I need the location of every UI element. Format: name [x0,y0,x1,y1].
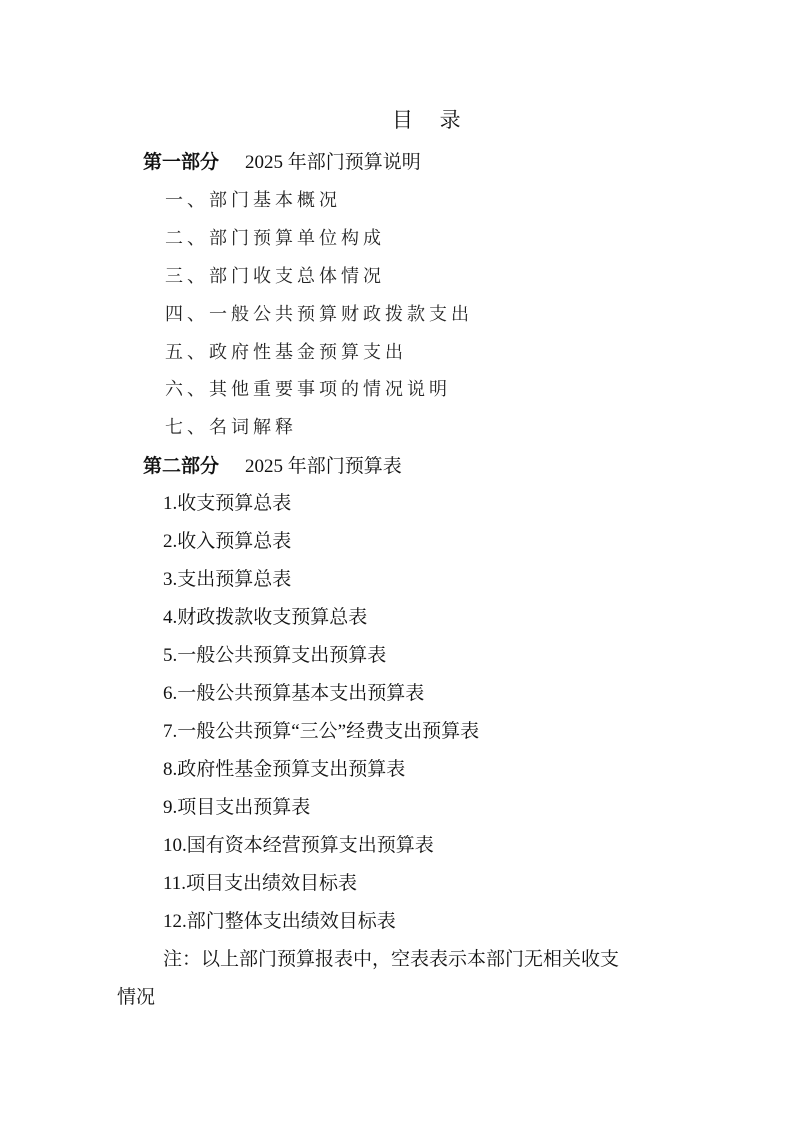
toc-item: 9.项目支出预算表 [163,796,310,820]
toc-item: 六、其他重要事项的情况说明 [165,378,451,402]
section-label: 第一部分 [143,151,219,173]
section-label: 第二部分 [143,455,219,477]
toc-item: 4.财政拨款收支预算总表 [163,606,367,630]
toc-item: 6.一般公共预算基本支出预算表 [163,682,424,706]
note-text: 注：以上部门预算报表中，空表表示本部门无相关收支 [163,948,619,972]
toc-item: 七、名词解释 [165,416,297,440]
section-title: 2025 年部门预算说明 [245,152,421,173]
toc-item: 一、部门基本概况 [165,189,341,213]
section-title: 2025 年部门预算表 [245,456,402,477]
toc-item: 11.项目支出绩效目标表 [163,872,357,896]
toc-item: 8.政府性基金预算支出预算表 [163,758,405,782]
page-title: 目 录 [392,104,471,134]
toc-item: 1.收支预算总表 [163,492,291,516]
toc-item: 四、一般公共预算财政拨款支出 [165,303,473,327]
toc-item: 二、部门预算单位构成 [165,227,385,251]
note-text-continued: 情况 [117,986,155,1010]
toc-item: 12.部门整体支出绩效目标表 [163,910,396,934]
toc-item: 5.一般公共预算支出预算表 [163,644,386,668]
toc-item: 7.一般公共预算“三公”经费支出预算表 [163,720,479,744]
document-page: 目 录 第一部分2025 年部门预算说明 一、部门基本概况 二、部门预算单位构成… [0,0,793,1122]
section-heading-part-two: 第二部分2025 年部门预算表 [143,454,402,479]
section-heading-part-one: 第一部分2025 年部门预算说明 [143,150,421,175]
toc-item: 3.支出预算总表 [163,568,291,592]
toc-item: 10.国有资本经营预算支出预算表 [163,834,434,858]
toc-item: 五、政府性基金预算支出 [165,341,407,365]
toc-item: 三、部门收支总体情况 [165,265,385,289]
toc-item: 2.收入预算总表 [163,530,291,554]
